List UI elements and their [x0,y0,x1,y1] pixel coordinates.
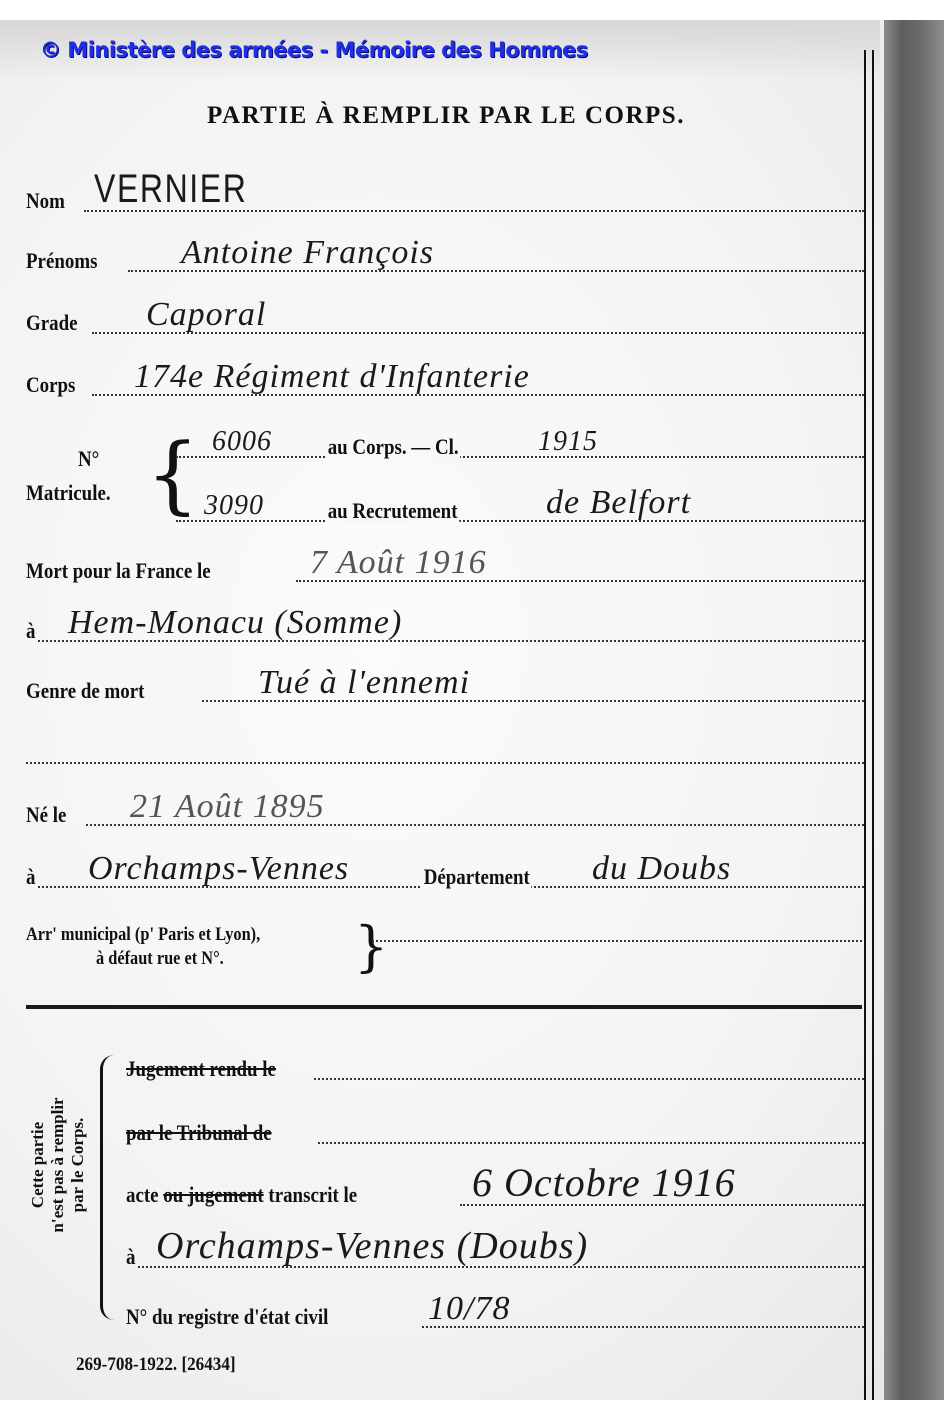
grade-value: Caporal [146,296,266,334]
arrondissement-sublabel: à défaut rue et N°. [96,948,224,970]
matricule-corps-line: 6006 au Corps. — Cl. 1915 [176,424,864,464]
acte-label: acte ou jugement transcrit le [126,1182,357,1208]
prenoms-value: Antoine François [181,234,434,272]
au-recrutement-label: au Recrutement [326,498,459,524]
matricule-label: Matricule. [26,480,111,506]
side-note: Cette partie n'est pas à remplir par le … [28,1055,88,1275]
tribunal-label: par le Tribunal de [126,1120,272,1146]
departement-label: Département [422,864,532,890]
registre-value: 10/78 [428,1290,510,1328]
mort-date-value: 7 Août 1916 [310,544,487,582]
departement-value: du Doubs [592,850,731,888]
acte-lieu-label: à [126,1244,135,1270]
field-nom: Nom VERNIER [26,178,864,218]
corps-value: 174e Régiment d'Infanterie [134,358,530,396]
field-corps: Corps 174e Régiment d'Infanterie [26,362,864,402]
jugement-label: Jugement rendu le [126,1056,276,1082]
corps-label: Corps [26,372,75,398]
registre-label: N° du registre d'état civil [126,1304,328,1330]
margin-line [872,50,874,1400]
au-corps-label: au Corps. — Cl. [326,434,460,460]
copyright-watermark: © Ministère des armées - Mémoire des Hom… [40,38,588,62]
nom-value: VERNIER [94,167,247,212]
ne-le-label: Né le [26,802,66,828]
field-mort-lieu: à Hem-Monacu (Somme) [26,608,864,648]
ne-le-value: 21 Août 1895 [130,788,325,826]
acte-lieu-value: Orchamps-Vennes (Doubs) [156,1224,588,1268]
recrutement-number: 3090 [204,490,264,522]
matricule-recrutement-line: 3090 au Recrutement de Belfort [176,488,864,528]
classe-value: 1915 [538,426,598,458]
ne-lieu-value: Orchamps-Vennes [88,850,349,888]
field-prenoms: Prénoms Antoine François [26,238,864,278]
field-acte-lieu: à Orchamps-Vennes (Doubs) [126,1234,864,1274]
field-ne-le: Né le 21 Août 1895 [26,792,864,832]
ne-lieu-label: à [26,864,35,890]
genre-mort-value: Tué à l'ennemi [258,664,470,702]
margin-line [864,50,866,1400]
dotted-line [318,1142,864,1144]
scan-binding-edge [884,20,944,1400]
field-registre: N° du registre d'état civil 10/78 [126,1294,864,1334]
grade-label: Grade [26,310,78,336]
field-tribunal: par le Tribunal de [126,1110,864,1150]
matricule-label-no: N° [78,446,99,472]
dotted-line [372,940,862,942]
section-divider [26,1005,862,1009]
mort-lieu-label: à [26,618,35,644]
arrondissement-label: Arr' municipal (p' Paris et Lyon), [26,924,260,946]
mort-lieu-value: Hem-Monacu (Somme) [68,604,402,642]
dotted-line [176,456,864,458]
dotted-line [26,762,864,764]
dotted-line [314,1078,864,1080]
field-ne-lieu: à Orchamps-Vennes Département du Doubs [26,854,864,894]
field-grade: Grade Caporal [26,300,864,340]
nom-label: Nom [26,188,65,214]
field-genre-mort: Genre de mort Tué à l'ennemi [26,668,864,708]
matricule-corps-number: 6006 [212,426,272,458]
field-acte-date: acte ou jugement transcrit le 6 Octobre … [126,1172,864,1212]
genre-mort-label: Genre de mort [26,678,144,704]
form-title: PARTIE À REMPLIR PAR LE CORPS. [0,102,892,130]
mort-date-label: Mort pour la France le [26,558,211,584]
field-jugement: Jugement rendu le [126,1046,864,1086]
brace-icon [100,1055,117,1320]
blank-line [26,730,864,770]
recrutement-place: de Belfort [546,484,691,522]
print-code: 269-708-1922. [26434] [76,1354,236,1376]
acte-date-value: 6 Octobre 1916 [472,1159,736,1206]
brace-icon: } [354,920,388,974]
prenoms-label: Prénoms [26,248,97,274]
field-mort-date: Mort pour la France le 7 Août 1916 [26,548,864,588]
dotted-line [176,520,864,522]
